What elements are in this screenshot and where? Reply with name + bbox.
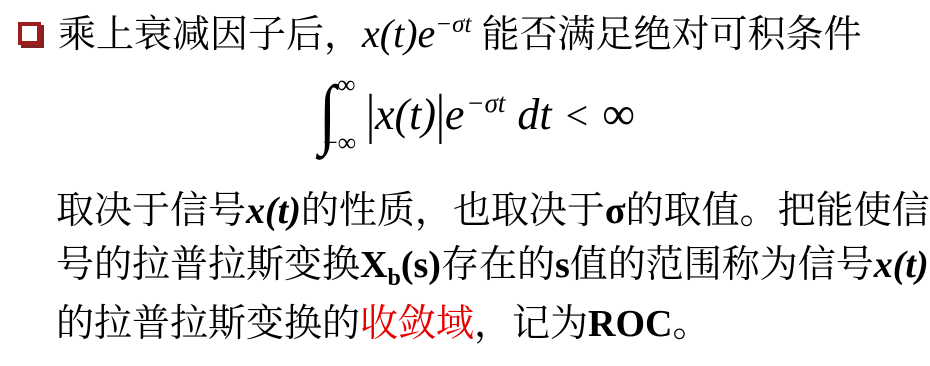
transform-symbol-X: X (360, 244, 387, 286)
text-segment: 的取值。把能使信 (626, 190, 930, 232)
math-x-of-t: x(t) (246, 190, 301, 232)
square-bullet-icon (18, 22, 41, 45)
integral-sign: ∫ (319, 75, 336, 153)
body-paragraph: 取决于信号x(t)的性质，也取决于σ的取值。把能使信 号的拉普拉斯变换Xb(s)… (56, 184, 930, 351)
formula-exponent: −σt (466, 88, 505, 118)
bullet-headline-text: 乘上衰减因子后，x(t)e−σt能否满足绝对可积条件 (58, 8, 861, 66)
integrand: x(t) (375, 90, 436, 139)
infinity-sign: ∞ (602, 88, 635, 139)
slide-canvas: 乘上衰减因子后，x(t)e−σt能否满足绝对可积条件 ∫ ∞−∞ |x(t)|e… (0, 0, 930, 366)
text-segment: 号的拉普拉斯变换 (56, 244, 360, 286)
paragraph-line-1: 取决于信号x(t)的性质，也取决于σ的取值。把能使信 (56, 184, 930, 238)
formula-body: |x(t)|e−σtdt<∞ (366, 91, 635, 137)
headline-math-term: x(t)e (362, 11, 435, 56)
sigma-symbol: σ (605, 190, 626, 232)
upper-limit: ∞ (337, 72, 356, 98)
text-segment: 。 (673, 303, 711, 345)
text-segment: 的拉普拉斯变换的 (56, 303, 360, 345)
roc-abbreviation: ROC (588, 303, 672, 345)
text-segment: 取决于信号 (56, 190, 246, 232)
roc-term-highlight: 收敛域 (360, 303, 474, 345)
formula-group: ∫ ∞−∞ |x(t)|e−σtdt<∞ (319, 72, 635, 156)
abs-bar-open: | (366, 88, 375, 143)
of-s: (s) (401, 244, 441, 286)
text-segment: 值的范围称为信号 (570, 244, 874, 286)
headline-exponent: −σt (435, 11, 471, 38)
math-x-of-t: x(t) (874, 244, 929, 286)
paragraph-line-2: 号的拉普拉斯变换Xb(s)存在的s值的范围称为信号x(t) (56, 238, 930, 297)
paragraph-line-3: 的拉普拉斯变换的收敛域，记为ROC。 (56, 297, 930, 351)
text-segment: ，记为 (474, 303, 588, 345)
text-segment: 的性质，也取决于 (301, 190, 605, 232)
headline-suffix: 能否满足绝对可积条件 (481, 14, 861, 56)
text-segment: 存在的 (441, 244, 555, 286)
s-symbol: s (555, 244, 570, 286)
integral-formula: ∫ ∞−∞ |x(t)|e−σtdt<∞ (0, 72, 930, 156)
less-than-sign: < (566, 93, 589, 138)
differential: dt (517, 90, 551, 139)
subscript-b: b (387, 265, 400, 291)
euler-e: e (445, 90, 465, 139)
integral-limits: ∞−∞ (337, 72, 356, 156)
headline-prefix: 乘上衰减因子后， (58, 14, 362, 56)
bullet-headline: 乘上衰减因子后，x(t)e−σt能否满足绝对可积条件 (18, 8, 861, 66)
abs-bar-close: | (436, 88, 445, 143)
